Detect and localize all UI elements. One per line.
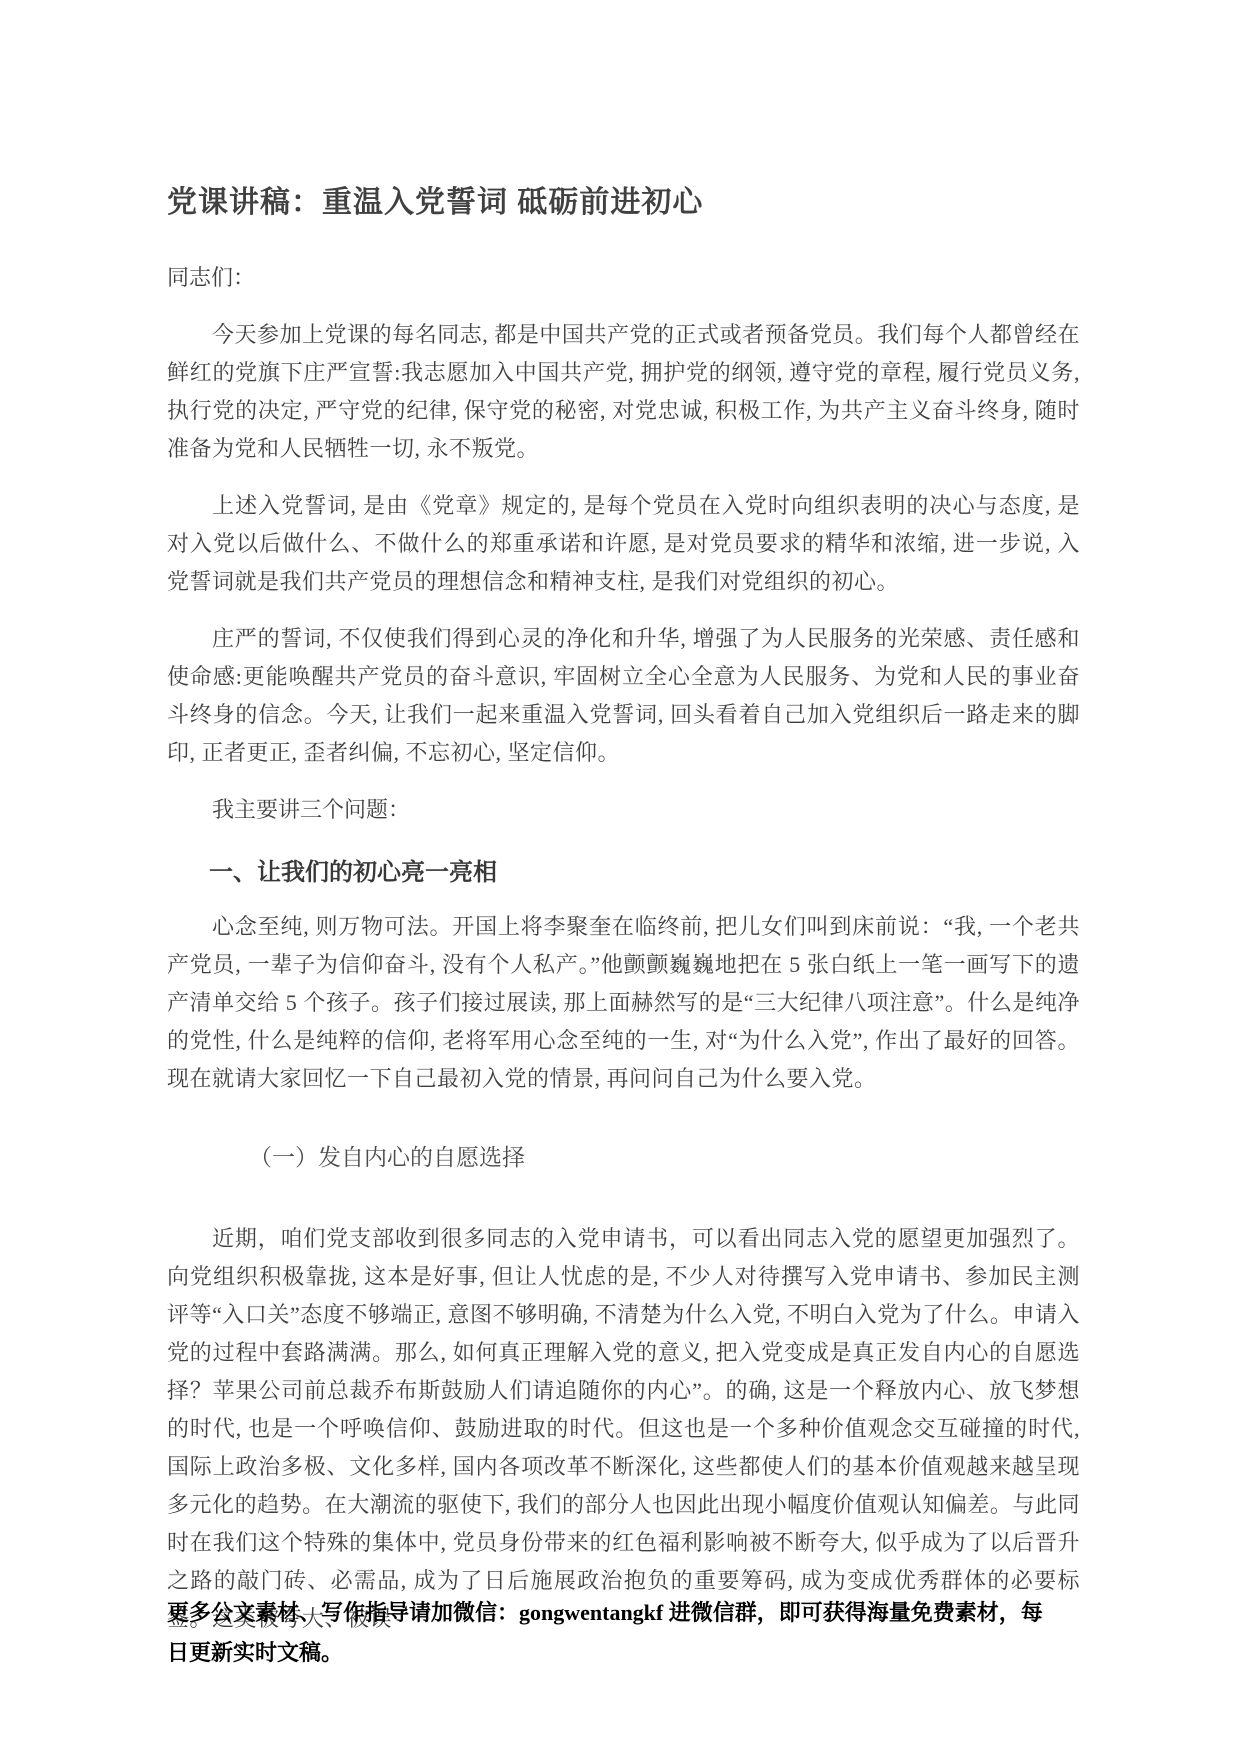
section-heading-1: 一、让我们的初心亮一亮相	[167, 857, 1080, 889]
paragraph-solemn-oath: 庄严的誓词, 不仅使我们得到心灵的净化和升华, 增强了为人民服务的光荣感、责任感…	[167, 620, 1080, 772]
three-questions-intro: 我主要讲三个问题：	[167, 791, 1080, 829]
promo-footer-line-2: 日更新实时文稿。	[167, 1633, 1124, 1673]
paragraph-li-jukui-story: 心念至纯, 则万物可法。开国上将李聚奎在临终前, 把儿女们叫到床前说：“我, 一…	[167, 908, 1080, 1098]
subsection-heading-1-1: （一）发自内心的自愿选择	[167, 1142, 1080, 1172]
paragraph-oath-meaning: 上述入党誓词, 是由《党章》规定的, 是每个党员在入党时向组织表明的决心与态度,…	[167, 487, 1080, 601]
promo-footer: 更多公文素材、写作指导请加微信：gongwentangkf 进微信群，即可获得海…	[167, 1593, 1124, 1673]
salutation-line: 同志们：	[167, 259, 1080, 297]
document-page: 党课讲稿：重温入党誓词 砥砺前进初心 同志们： 今天参加上党课的每名同志, 都是…	[0, 0, 1240, 1754]
paragraph-voluntary-choice: 近期，咱们党支部收到很多同志的入党申请书，可以看出同志入党的愿望更加强烈了。向党…	[167, 1220, 1080, 1638]
promo-footer-line-1: 更多公文素材、写作指导请加微信：gongwentangkf 进微信群，即可获得海…	[167, 1593, 1124, 1633]
paragraph-oath-recitation: 今天参加上党课的每名同志, 都是中国共产党的正式或者预备党员。我们每个人都曾经在…	[167, 316, 1080, 468]
document-title: 党课讲稿：重温入党誓词 砥砺前进初心	[167, 183, 1080, 223]
